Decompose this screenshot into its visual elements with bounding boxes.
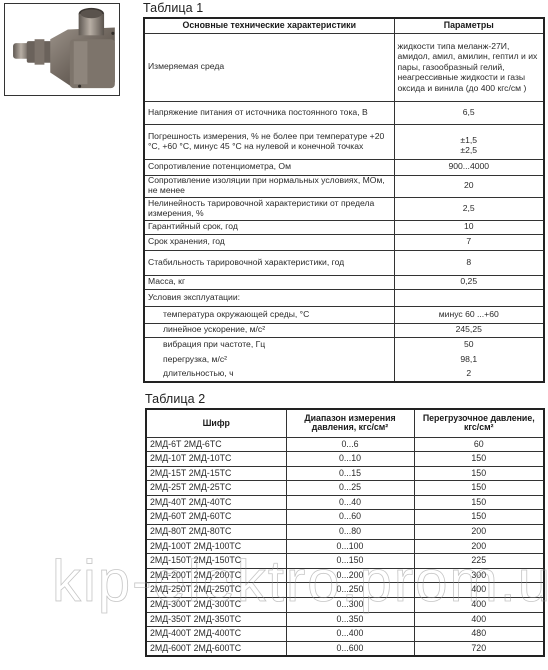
pressure-range: 0...40 [286, 495, 414, 510]
model-code: 2МД-200Т 2МД-200ТС [146, 568, 286, 583]
pressure-range: 0...150 [286, 554, 414, 569]
spec-name: Напряжение питания от источника постоянн… [144, 101, 394, 124]
spec-value: 98,1 [394, 352, 544, 367]
overload-pressure: 720 [414, 641, 544, 656]
overload-pressure: 400 [414, 598, 544, 613]
spec-value: жидкости типа меланж-27И, амидол, амил, … [394, 33, 544, 101]
table-row: Масса, кг 0,25 [144, 275, 544, 289]
overload-pressure: 150 [414, 481, 544, 496]
table-row: 2МД-6Т 2МД-6ТС0...660 [146, 437, 544, 452]
spec-value: 2,5 [394, 197, 544, 220]
models-header-range: Диапазон измерения давления, кгс/см² [286, 409, 414, 437]
models-table: Шифр Диапазон измерения давления, кгс/см… [145, 408, 545, 657]
spec-value: 0,25 [394, 275, 544, 289]
model-code: 2МД-350Т 2МД-350ТС [146, 612, 286, 627]
pressure-range: 0...350 [286, 612, 414, 627]
table-row: 2МД-400Т 2МД-400ТС0...400480 [146, 627, 544, 642]
table-row: вибрация при частоте, Гц 50 [144, 337, 544, 352]
overload-pressure: 200 [414, 539, 544, 554]
table-row: 2МД-60Т 2МД-60ТС0...60150 [146, 510, 544, 525]
table-row: Сопротивление изоляции при нормальных ус… [144, 175, 544, 197]
table-row: Стабильность тарировочной характеристики… [144, 250, 544, 275]
models-header-code: Шифр [146, 409, 286, 437]
model-code: 2МД-150Т 2МД-150ТС [146, 554, 286, 569]
spec-value: 2 [394, 367, 544, 382]
table1-caption: Таблица 1 [143, 1, 203, 15]
pressure-range: 0...25 [286, 481, 414, 496]
table-row: 2МД-40Т 2МД-40ТС0...40150 [146, 495, 544, 510]
model-code: 2МД-15Т 2МД-15ТС [146, 466, 286, 481]
spec-value: 10 [394, 220, 544, 234]
model-code: 2МД-400Т 2МД-400ТС [146, 627, 286, 642]
table-row: 2МД-10Т 2МД-10ТС0...10150 [146, 452, 544, 467]
table-row: Сопротивление потенциометра, Ом 900...40… [144, 159, 544, 175]
spec-group-label: Условия эксплуатации: [144, 289, 394, 306]
table-row: перегрузка, м/с² 98,1 [144, 352, 544, 367]
table-row: Напряжение питания от источника постоянн… [144, 101, 544, 124]
table-row: Гарантийный срок, год 10 [144, 220, 544, 234]
model-code: 2МД-6Т 2МД-6ТС [146, 437, 286, 452]
model-code: 2МД-10Т 2МД-10ТС [146, 452, 286, 467]
table-row: 2МД-600Т 2МД-600ТС0...600720 [146, 641, 544, 656]
pressure-range: 0...400 [286, 627, 414, 642]
model-code: 2МД-25Т 2МД-25ТС [146, 481, 286, 496]
spec-value: 6,5 [394, 101, 544, 124]
pressure-range: 0...6 [286, 437, 414, 452]
spec-name: Сопротивление изоляции при нормальных ус… [144, 175, 394, 197]
model-code: 2МД-60Т 2МД-60ТС [146, 510, 286, 525]
model-code: 2МД-250Т 2МД-250ТС [146, 583, 286, 598]
table-row: 2МД-200Т 2МД-200ТС0...200300 [146, 568, 544, 583]
spec-name: Гарантийный срок, год [144, 220, 394, 234]
spec-value: ±1,5 ±2,5 [394, 124, 544, 159]
spec-name: длительностью, ч [144, 367, 394, 382]
table-row: 2МД-80Т 2МД-80ТС0...80200 [146, 525, 544, 540]
overload-pressure: 400 [414, 583, 544, 598]
overload-pressure: 150 [414, 510, 544, 525]
pressure-range: 0...600 [286, 641, 414, 656]
spec-value: минус 60 ...+60 [394, 306, 544, 323]
pressure-range: 0...10 [286, 452, 414, 467]
table-row: длительностью, ч 2 [144, 367, 544, 382]
spec-value: 7 [394, 234, 544, 250]
spec-value: 50 [394, 337, 544, 352]
table-row: Условия эксплуатации: [144, 289, 544, 306]
spec-value: 8 [394, 250, 544, 275]
spec-name: перегрузка, м/с² [144, 352, 394, 367]
pressure-range: 0...80 [286, 525, 414, 540]
table-row: 2МД-25Т 2МД-25ТС0...25150 [146, 481, 544, 496]
model-code: 2МД-40Т 2МД-40ТС [146, 495, 286, 510]
pressure-range: 0...15 [286, 466, 414, 481]
specs-table: Основные технические характеристики Пара… [143, 17, 545, 383]
overload-pressure: 150 [414, 495, 544, 510]
product-photo [4, 3, 120, 96]
pressure-range: 0...250 [286, 583, 414, 598]
table-row: Погрешность измерения, % не более при те… [144, 124, 544, 159]
spec-value: 245,25 [394, 323, 544, 337]
overload-pressure: 60 [414, 437, 544, 452]
spec-name: Измеряемая среда [144, 33, 394, 101]
spec-name: Срок хранения, год [144, 234, 394, 250]
table-row: Измеряемая среда жидкости типа меланж-27… [144, 33, 544, 101]
pressure-range: 0...300 [286, 598, 414, 613]
spec-name: Погрешность измерения, % не более при те… [144, 124, 394, 159]
overload-pressure: 225 [414, 554, 544, 569]
table-row: 2МД-15Т 2МД-15ТС0...15150 [146, 466, 544, 481]
specs-header-parameters: Параметры [394, 18, 544, 33]
overload-pressure: 150 [414, 452, 544, 467]
overload-pressure: 150 [414, 466, 544, 481]
overload-pressure: 300 [414, 568, 544, 583]
spec-name: Масса, кг [144, 275, 394, 289]
overload-pressure: 400 [414, 612, 544, 627]
table-row: 2МД-150Т 2МД-150ТС0...150225 [146, 554, 544, 569]
overload-pressure: 200 [414, 525, 544, 540]
spec-name: Стабильность тарировочной характеристики… [144, 250, 394, 275]
table-row: Нелинейность тарировочной характеристики… [144, 197, 544, 220]
specs-header-characteristics: Основные технические характеристики [144, 18, 394, 33]
overload-pressure: 480 [414, 627, 544, 642]
spec-name: температура окружающей среды, °С [144, 306, 394, 323]
spec-name: Сопротивление потенциометра, Ом [144, 159, 394, 175]
spec-value: 20 [394, 175, 544, 197]
table-row: линейное ускорение, м/с² 245,25 [144, 323, 544, 337]
table-row: 2МД-100Т 2МД-100ТС0...100200 [146, 539, 544, 554]
spec-name: Нелинейность тарировочной характеристики… [144, 197, 394, 220]
spec-value [394, 289, 544, 306]
table-row: 2МД-250Т 2МД-250ТС0...250400 [146, 583, 544, 598]
table-row: 2МД-300Т 2МД-300ТС0...300400 [146, 598, 544, 613]
table-row: температура окружающей среды, °С минус 6… [144, 306, 544, 323]
pressure-range: 0...100 [286, 539, 414, 554]
spec-name: линейное ускорение, м/с² [144, 323, 394, 337]
table2-caption: Таблица 2 [145, 392, 205, 406]
model-code: 2МД-300Т 2МД-300ТС [146, 598, 286, 613]
pressure-range: 0...200 [286, 568, 414, 583]
models-header-overload: Перегрузочное давление, кгс/см² [414, 409, 544, 437]
model-code: 2МД-100Т 2МД-100ТС [146, 539, 286, 554]
spec-value: 900...4000 [394, 159, 544, 175]
model-code: 2МД-80Т 2МД-80ТС [146, 525, 286, 540]
table-row: 2МД-350Т 2МД-350ТС0...350400 [146, 612, 544, 627]
spec-name: вибрация при частоте, Гц [144, 337, 394, 352]
model-code: 2МД-600Т 2МД-600ТС [146, 641, 286, 656]
pressure-range: 0...60 [286, 510, 414, 525]
table-row: Срок хранения, год 7 [144, 234, 544, 250]
pressure-sensor-image [5, 4, 119, 95]
